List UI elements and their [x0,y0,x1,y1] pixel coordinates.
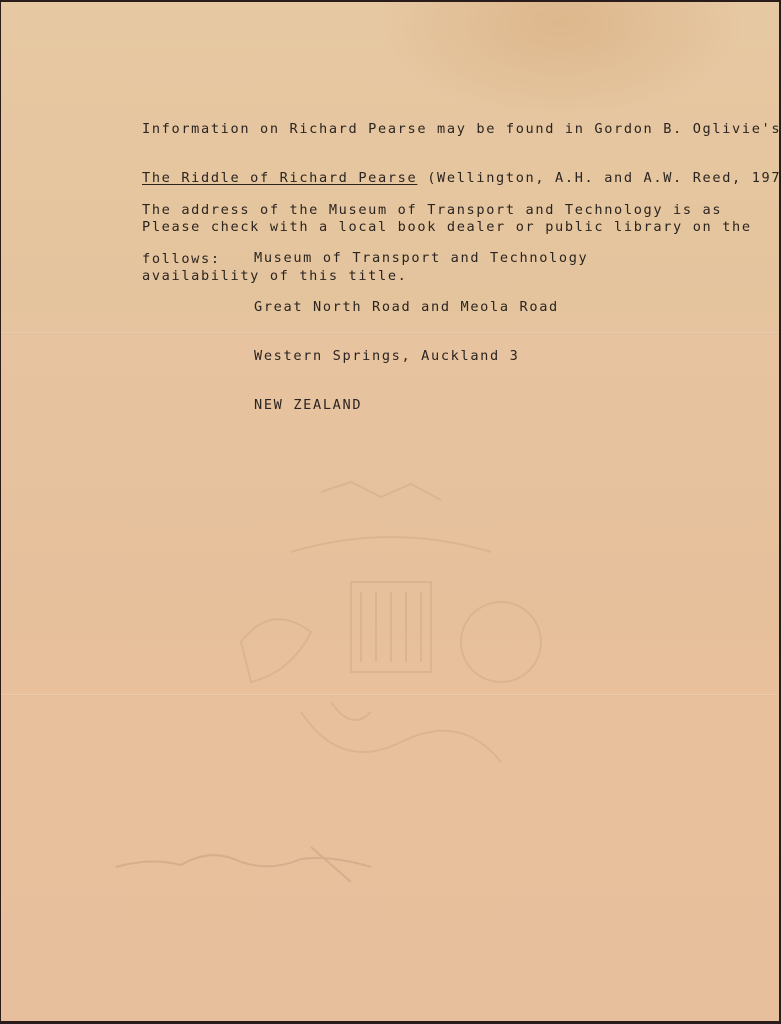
text-line: The address of the Museum of Transport a… [142,202,722,218]
fold-crease-lower [1,694,779,696]
address-line-name: Museum of Transport and Technology [254,250,588,266]
letterhead-show-through [201,472,581,802]
text-line: Information on Richard Pearse may be fou… [142,121,779,137]
address-line-country: NEW ZEALAND [254,397,588,413]
signature-show-through [111,837,391,887]
letter-page: Information on Richard Pearse may be fou… [1,2,779,1021]
museum-address-block: Museum of Transport and Technology Great… [254,217,588,447]
address-line-city: Western Springs, Auckland 3 [254,348,588,364]
address-line-street: Great North Road and Meola Road [254,299,588,315]
